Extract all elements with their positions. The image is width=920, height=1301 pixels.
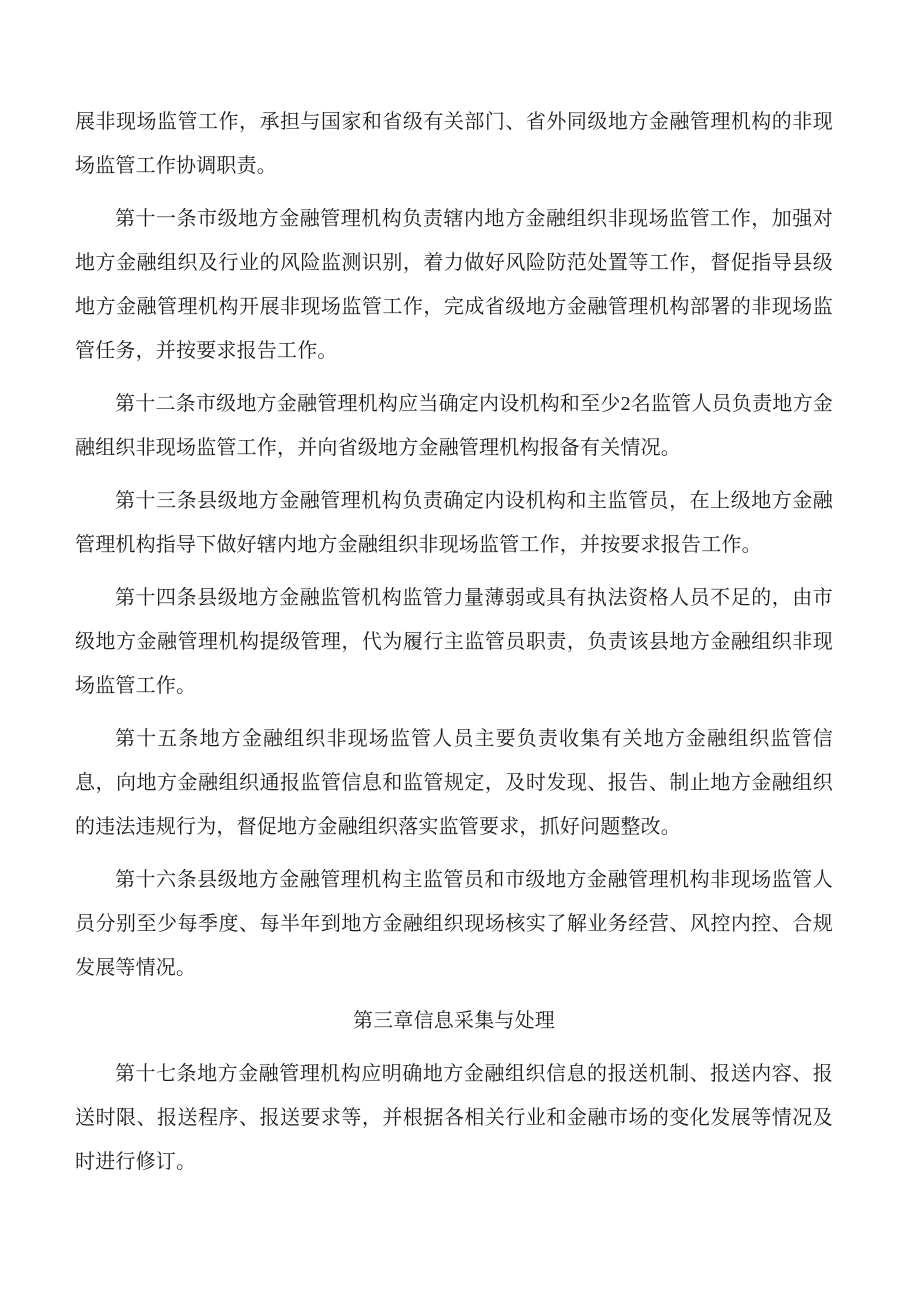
continuation-paragraph: 展非现场监管工作，承担与国家和省级有关部门、省外同级地方金融管理机构的非现场监管… bbox=[75, 100, 833, 188]
article-15-paragraph: 第十五条地方金融组织非现场监管人员主要负责收集有关地方金融组织监管信息，向地方金… bbox=[75, 717, 833, 849]
document-page: 展非现场监管工作，承担与国家和省级有关部门、省外同级地方金融管理机构的非现场监管… bbox=[0, 0, 920, 1301]
article-13-paragraph: 第十三条县级地方金融管理机构负责确定内设机构和主监管员，在上级地方金融管理机构指… bbox=[75, 479, 833, 567]
article-11-paragraph: 第十一条市级地方金融管理机构负责辖内地方金融组织非现场监管工作，加强对地方金融组… bbox=[75, 197, 833, 373]
chapter-3-heading: 第三章信息采集与处理 bbox=[75, 999, 833, 1043]
article-14-paragraph: 第十四条县级地方金融监管机构监管力量薄弱或具有执法资格人员不足的，由市级地方金融… bbox=[75, 576, 833, 708]
article-16-paragraph: 第十六条县级地方金融管理机构主监管员和市级地方金融管理机构非现场监管人员分别至少… bbox=[75, 858, 833, 990]
article-12-paragraph: 第十二条市级地方金融管理机构应当确定内设机构和至少2名监管人员负责地方金融组织非… bbox=[75, 382, 833, 470]
article-17-paragraph: 第十七条地方金融管理机构应明确地方金融组织信息的报送机制、报送内容、报送时限、报… bbox=[75, 1052, 833, 1184]
